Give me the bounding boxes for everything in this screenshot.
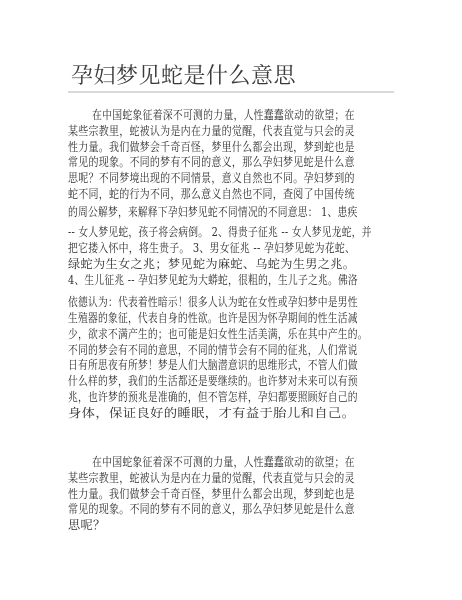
paragraph-line: 依德认为：代表着性暗示！很多人认为蛇在女性或孕妇梦中是男性 bbox=[68, 294, 358, 310]
paragraph-line: 蛇不同，蛇的行为不同，那么意义自然也不同，查阅了中国传统 bbox=[68, 186, 355, 202]
paragraph-line: 4、生儿征兆 -- 孕妇梦见蛇为大蟒蛇，很粗的，生儿子之兆。佛洛 bbox=[68, 272, 358, 288]
paragraph-line: 思呢？不同梦境出现的不同情景，意义自然也不同。孕妇梦到的 bbox=[68, 170, 355, 186]
paragraph-line: 什么样的梦，我们的生活都还是要继续的。也许梦对未来可以有预 bbox=[68, 373, 358, 389]
paragraph-line: 某些宗教里，蛇被认为是内在力量的觉醒，代表直觉与只会的灵 bbox=[68, 470, 355, 486]
paragraph-line: 把它搂入怀中，将生贵子。 3、男女征兆 -- 孕妇梦见蛇为花蛇、 bbox=[68, 240, 355, 256]
paragraph-line: 少，欲求不满产生的；也可能是妇女性生活美满，乐在其中产生的。 bbox=[68, 326, 368, 342]
paragraph-line: 性力量。我们做梦会千奇百怪，梦里什么都会出现，梦到蛇也是 bbox=[68, 139, 355, 155]
paragraph-line: 生殖器的象征，代表自身的性欲。也许是因为怀孕期间的性生活减 bbox=[68, 310, 358, 326]
paragraph-line: 日有所思夜有所梦！梦是人们大脑潜意识的思维形式，不管人们做 bbox=[68, 357, 358, 373]
paragraph-line: 常见的现象。不同的梦有不同的意义，那么孕妇梦见蛇是什么意 bbox=[68, 154, 355, 170]
document-title: 孕妇梦见蛇是什么意思 bbox=[71, 64, 296, 90]
title-divider bbox=[68, 91, 394, 93]
paragraph-line: -- 女人梦见蛇，孩子将会病倒。 2、得贵子征兆 -- 女人梦见龙蛇，并 bbox=[68, 224, 372, 240]
paragraph-line: 不同的梦会有不同的意思，不同的情节会有不同的征兆，人们常说 bbox=[68, 342, 358, 358]
paragraph-line: 性力量。我们做梦会千奇百怪，梦里什么都会出现，梦到蛇也是 bbox=[68, 486, 355, 502]
paragraph-line: 常见的现象。不同的梦有不同的意义，那么孕妇梦见蛇是什么意 bbox=[68, 501, 355, 517]
paragraph-line: 兆，也许梦的预兆是准确的，但不管怎样，孕妇都要照顾好自己的 bbox=[68, 389, 358, 405]
paragraph-line: 在中国蛇象征着深不可测的力量，人性蠢蠢欲动的欲望；在 bbox=[92, 107, 355, 123]
paragraph-line: 思呢？ bbox=[68, 517, 105, 533]
paragraph-line: 身体，保证良好的睡眠，才有益于胎儿和自己。 bbox=[68, 405, 355, 421]
document-page: 孕妇梦见蛇是什么意思 在中国蛇象征着深不可测的力量，人性蠢蠢欲动的欲望；在 某些… bbox=[0, 0, 462, 600]
paragraph-line: 某些宗教里，蛇被认为是内在力量的觉醒，代表直觉与只会的灵 bbox=[68, 123, 355, 139]
paragraph-line: 的周公解梦，来解释下孕妇梦见蛇不同情况的不同意思： 1、患疾 bbox=[68, 204, 358, 220]
paragraph-line: 绿蛇为生女之兆；梦见蛇为麻蛇、乌蛇为生男之兆。 bbox=[68, 256, 355, 272]
paragraph-line: 在中国蛇象征着深不可测的力量，人性蠢蠢欲动的欲望；在 bbox=[92, 454, 355, 470]
